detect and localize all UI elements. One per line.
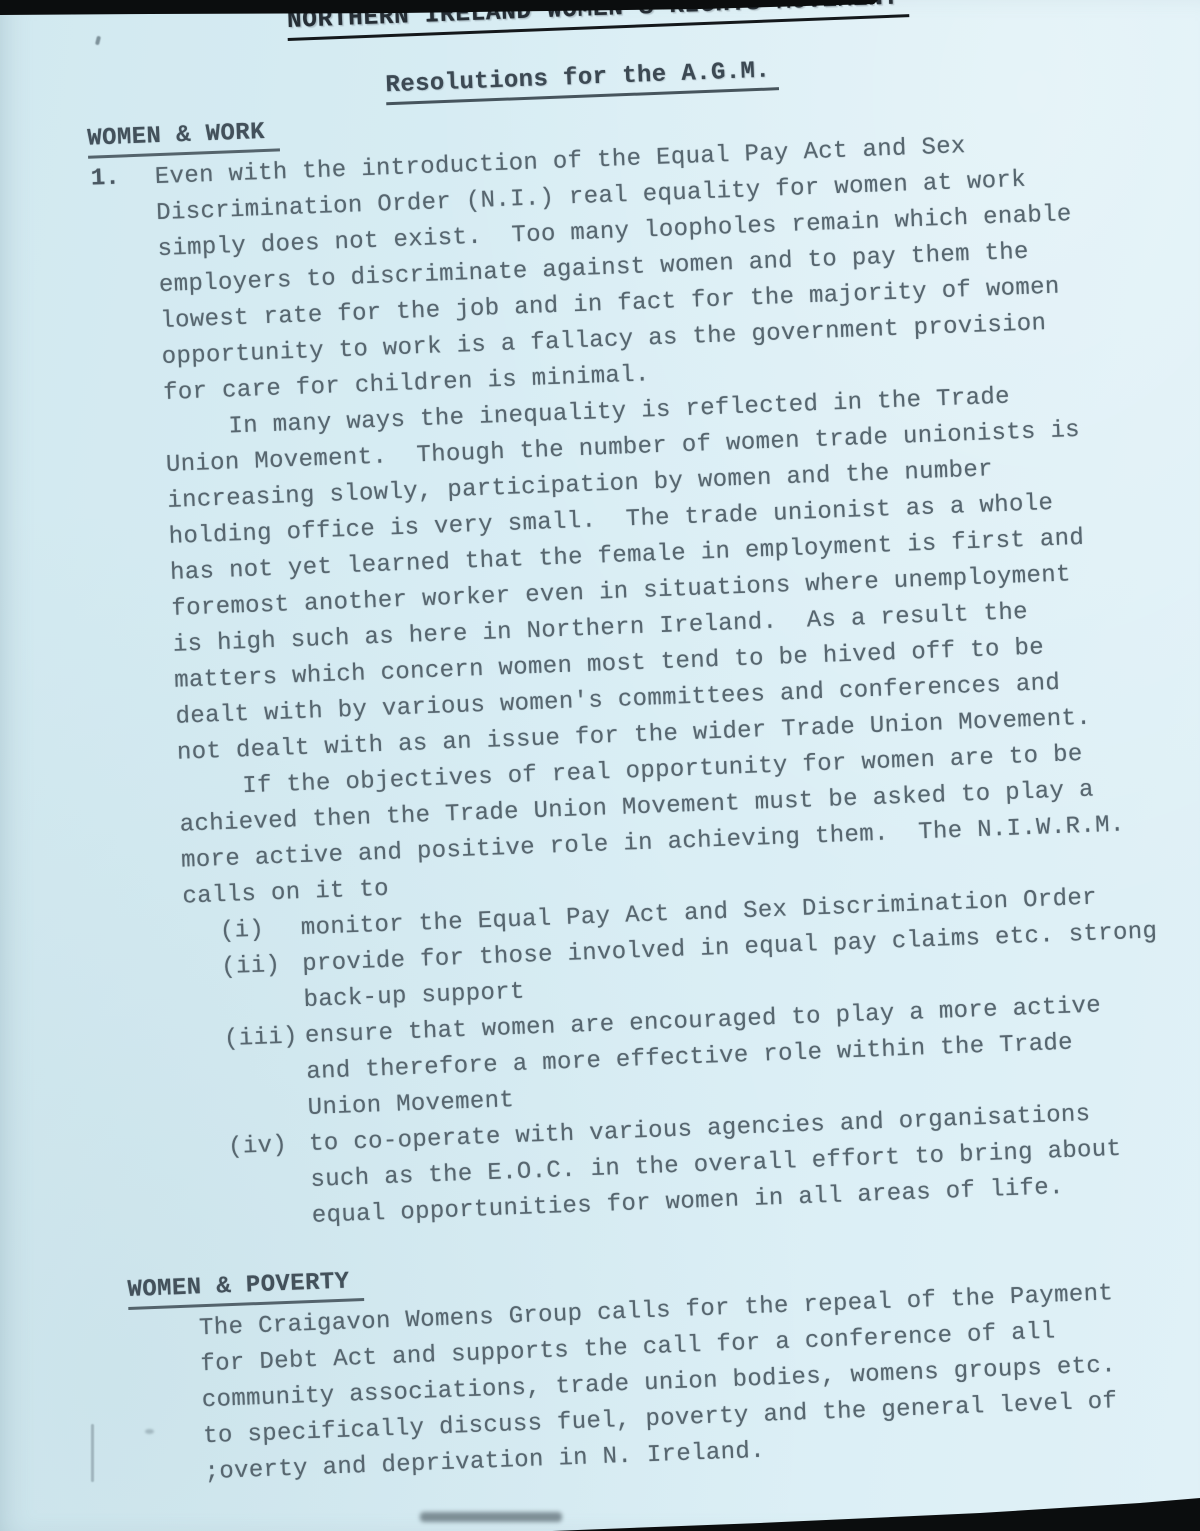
document-content: NORTHERN IRELAND WOMEN'S RIGHTS MOVEMENT… [0, 0, 1200, 1497]
scan-edge-bottom [0, 1490, 1200, 1531]
section-heading: WOMEN & POVERTY [127, 1267, 364, 1310]
section-heading: WOMEN & WORK [87, 117, 280, 158]
scan-artifact-dot [145, 1429, 154, 1434]
section-women-work: WOMEN & WORK1.Even with the introduction… [5, 82, 1200, 1245]
section-women-poverty: WOMEN & POVERTYThe Craigavon Womens Grou… [49, 1233, 1200, 1497]
resolution-item-label: (i) [219, 911, 301, 950]
resolution-item-label: (iii) [223, 1019, 308, 1130]
resolution-item-label: (ii) [221, 947, 305, 1022]
document-subtitle: Resolutions for the A.G.M. [385, 58, 779, 105]
scan-artifact-line [91, 1424, 94, 1482]
paragraph: In many ways the inequality is reflected… [164, 372, 1200, 772]
scanned-document-page: NORTHERN IRELAND WOMEN'S RIGHTS MOVEMENT… [0, 0, 1200, 1531]
cutoff-text-smudge [420, 1512, 562, 1522]
resolution-item-label: (iv) [228, 1127, 313, 1238]
paragraph: 1.Even with the introduction of the Equa… [154, 120, 1200, 412]
paragraph-number: 1. [90, 165, 120, 193]
document-body: WOMEN & WORK1.Even with the introduction… [5, 82, 1200, 1497]
